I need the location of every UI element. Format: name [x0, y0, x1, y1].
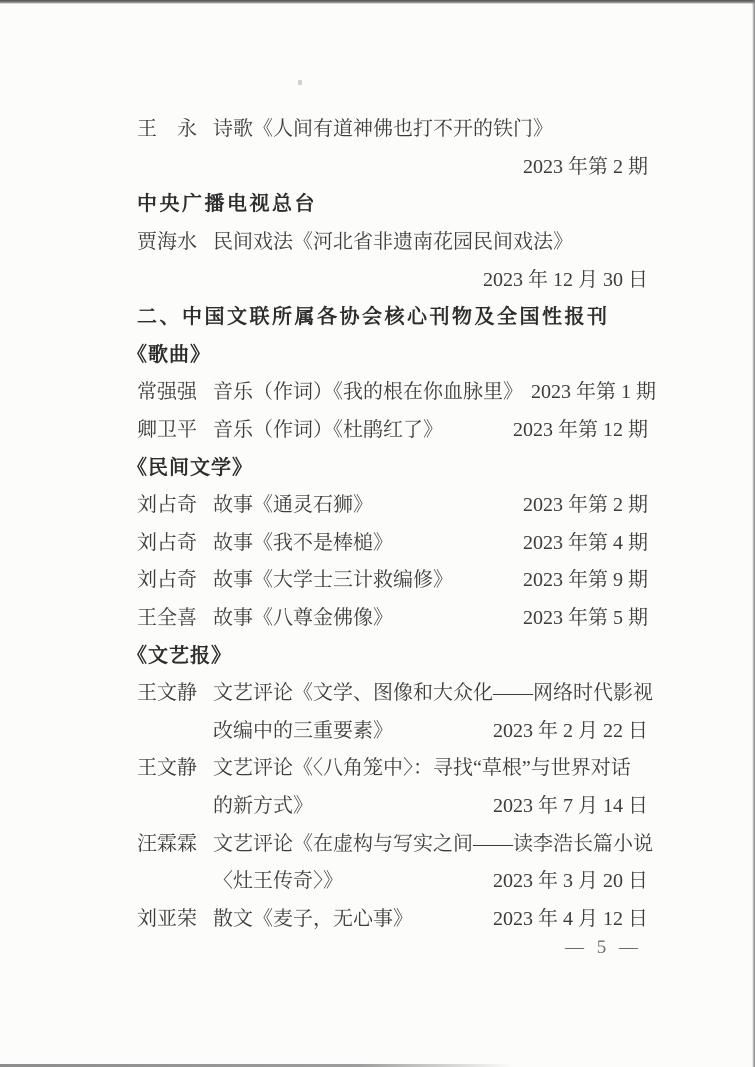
entry-date: 2023 年第 12 期	[505, 413, 648, 442]
entry-row: 王文静 文艺评论《〈八角笼中〉：寻找“草根”与世界对话	[137, 747, 648, 785]
entry-date: 2023 年第 1 期	[523, 375, 656, 404]
entry-row: 刘占奇 故事《通灵石狮》 2023 年第 2 期	[137, 484, 648, 522]
entry-author: 汪霖霖	[137, 827, 213, 856]
entry-work-continued: 的新方式》	[213, 789, 485, 818]
entry-author: 刘占奇	[137, 488, 213, 517]
entry-work: 文艺评论《在虚构与写实之间——读李浩长篇小说	[213, 827, 653, 856]
entry-work: 故事《大学士三计救编修》	[213, 563, 515, 592]
entry-date: 2023 年第 9 期	[515, 563, 648, 592]
entry-work: 故事《我不是棒槌》	[213, 526, 515, 555]
entry-row: 王 永 诗歌《人间有道神佛也打不开的铁门》	[137, 108, 648, 146]
journal-heading: 《民间文学》	[127, 451, 253, 480]
entry-author: 王文静	[137, 676, 213, 705]
entry-work-continued: 〈灶王传奇〉》	[213, 864, 485, 893]
entry-work: 文艺评论《〈八角笼中〉：寻找“草根”与世界对话	[213, 751, 648, 780]
page-number: — 5 —	[565, 937, 642, 959]
entry-row: 汪霖霖 文艺评论《在虚构与写实之间——读李浩长篇小说	[137, 822, 648, 860]
org-heading-row: 中央广播电视总台	[137, 183, 648, 221]
entry-author: 王文静	[137, 751, 213, 780]
journal-heading-row: 《歌曲》	[137, 334, 648, 372]
entry-row: 刘占奇 故事《我不是棒槌》 2023 年第 4 期	[137, 522, 648, 560]
entry-author: 王 永	[137, 112, 213, 141]
entry-work: 故事《通灵石狮》	[213, 488, 515, 517]
journal-heading: 《文艺报》	[127, 639, 232, 668]
entry-row: 卿卫平 音乐（作词）《杜鹃红了》 2023 年第 12 期	[137, 409, 648, 447]
entry-date: 2023 年 4 月 12 日	[485, 902, 648, 931]
entry-continuation-row: 改编中的三重要素》 2023 年 2 月 22 日	[137, 710, 648, 748]
section-heading-row: 二、中国文联所属各协会核心刊物及全国性报刊	[137, 296, 648, 334]
entry-row: 王全喜 故事《八尊金佛像》 2023 年第 5 期	[137, 597, 648, 635]
entry-row: 贾海水 民间戏法《河北省非遗南花园民间戏法》	[137, 221, 648, 259]
entry-date: 2023 年第 2 期	[515, 488, 648, 517]
entry-work-continued: 改编中的三重要素》	[213, 714, 485, 743]
entry-author: 贾海水	[137, 225, 213, 254]
entry-work: 民间戏法《河北省非遗南花园民间戏法》	[213, 225, 648, 254]
entry-author: 刘占奇	[137, 526, 213, 555]
entry-date: 2023 年 7 月 14 日	[485, 789, 648, 818]
entry-date: 2023 年 12 月 30 日	[483, 263, 648, 292]
section-heading: 二、中国文联所属各协会核心刊物及全国性报刊	[137, 300, 610, 329]
journal-heading-row: 《文艺报》	[137, 634, 648, 672]
entry-author: 刘亚荣	[137, 902, 213, 931]
entry-date-row: 2023 年 12 月 30 日	[137, 258, 648, 296]
entry-date: 2023 年第 2 期	[523, 150, 648, 179]
page-number-row: — 5 —	[137, 935, 648, 961]
entry-work: 音乐（作词）《杜鹃红了》	[213, 413, 505, 442]
entry-date-row: 2023 年第 2 期	[137, 146, 648, 184]
entry-continuation-row: 的新方式》 2023 年 7 月 14 日	[137, 785, 648, 823]
entry-date: 2023 年第 5 期	[515, 601, 648, 630]
entry-work: 散文《麦子，无心事》	[213, 902, 485, 931]
entry-date: 2023 年 3 月 20 日	[485, 864, 648, 893]
document-page: 王 永 诗歌《人间有道神佛也打不开的铁门》 2023 年第 2 期 中央广播电视…	[137, 108, 648, 961]
journal-heading-row: 《民间文学》	[137, 446, 648, 484]
entry-date: 2023 年第 4 期	[515, 526, 648, 555]
entry-work: 音乐（作词）《我的根在你血脉里》	[213, 375, 523, 404]
scan-edge-top	[0, 0, 755, 4]
entry-date: 2023 年 2 月 22 日	[485, 714, 648, 743]
entry-row: 王文静 文艺评论《文学、图像和大众化——网络时代影视	[137, 672, 648, 710]
entry-author: 常强强	[137, 375, 213, 404]
entry-author: 卿卫平	[137, 413, 213, 442]
entry-work: 诗歌《人间有道神佛也打不开的铁门》	[213, 112, 648, 141]
entry-work: 文艺评论《文学、图像和大众化——网络时代影视	[213, 676, 653, 705]
entry-work: 故事《八尊金佛像》	[213, 601, 515, 630]
scan-speckle	[298, 80, 302, 85]
entry-row: 常强强 音乐（作词）《我的根在你血脉里》 2023 年第 1 期	[137, 371, 648, 409]
entry-continuation-row: 〈灶王传奇〉》 2023 年 3 月 20 日	[137, 860, 648, 898]
entry-author: 王全喜	[137, 601, 213, 630]
entry-author: 刘占奇	[137, 563, 213, 592]
entry-row: 刘亚荣 散文《麦子，无心事》 2023 年 4 月 12 日	[137, 897, 648, 935]
org-heading: 中央广播电视总台	[137, 187, 317, 216]
journal-heading: 《歌曲》	[127, 338, 211, 367]
entry-row: 刘占奇 故事《大学士三计救编修》 2023 年第 9 期	[137, 559, 648, 597]
